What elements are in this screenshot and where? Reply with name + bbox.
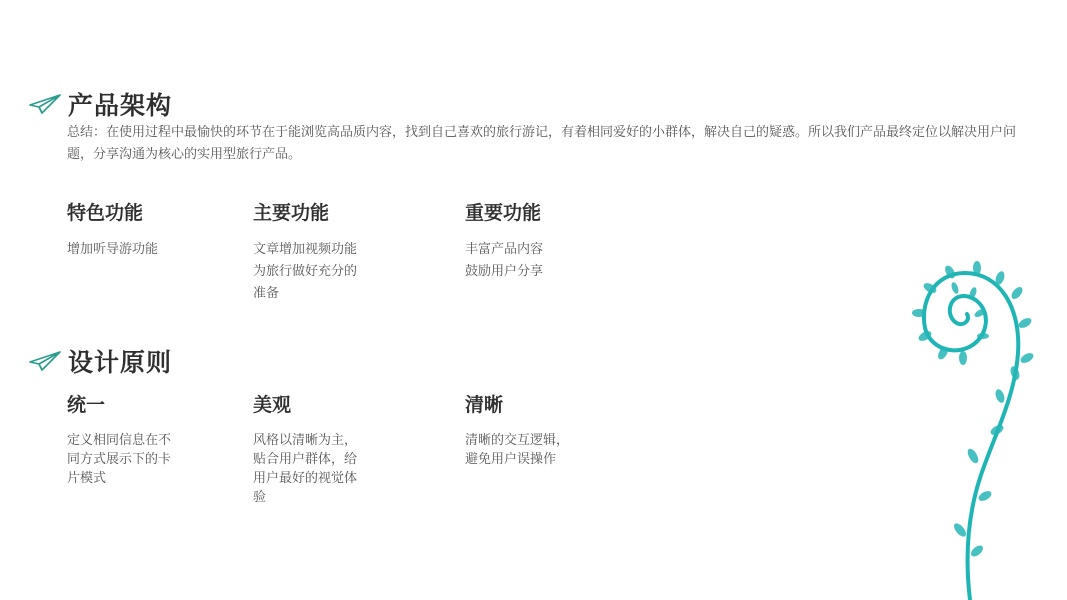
- fern-decoration-icon: [905, 258, 1045, 600]
- column-title: 主要功能: [253, 198, 357, 225]
- column-line: 为旅行做好充分的: [253, 261, 357, 283]
- column-line: 丰富产品内容: [465, 239, 543, 261]
- feature-column-main: 主要功能 文章增加视频功能 为旅行做好充分的 准备: [253, 198, 357, 305]
- architecture-heading: 产品架构: [28, 86, 172, 122]
- column-line: 避免用户误操作: [465, 450, 569, 469]
- column-line: 片模式: [67, 469, 171, 488]
- column-line: 验: [253, 488, 357, 507]
- feature-column-special: 特色功能 增加听导游功能: [67, 198, 158, 261]
- column-line: 定义相同信息在不: [67, 431, 171, 450]
- column-line: 鼓励用户分享: [465, 261, 543, 283]
- column-line: 贴合用户群体，给: [253, 450, 357, 469]
- column-line: 清晰的交互逻辑，: [465, 431, 569, 450]
- principle-column-unified: 统一 定义相同信息在不 同方式展示下的卡 片模式: [67, 390, 171, 488]
- paper-plane-icon: [28, 93, 62, 115]
- column-title: 统一: [67, 390, 171, 417]
- column-line: 增加听导游功能: [67, 239, 158, 261]
- architecture-summary: 总结：在使用过程中最愉快的环节在于能浏览高品质内容，找到自己喜欢的旅行游记，有着…: [67, 122, 1017, 166]
- column-line: 同方式展示下的卡: [67, 450, 171, 469]
- principles-heading: 设计原则: [28, 343, 172, 379]
- column-line: 准备: [253, 283, 357, 305]
- architecture-title: 产品架构: [68, 86, 172, 122]
- column-line: 风格以清晰为主，: [253, 431, 357, 450]
- column-title: 重要功能: [465, 198, 543, 225]
- principle-column-clear: 清晰 清晰的交互逻辑， 避免用户误操作: [465, 390, 569, 469]
- column-title: 清晰: [465, 390, 569, 417]
- column-title: 特色功能: [67, 198, 158, 225]
- paper-plane-icon: [28, 350, 62, 372]
- feature-column-important: 重要功能 丰富产品内容 鼓励用户分享: [465, 198, 543, 283]
- principle-column-beautiful: 美观 风格以清晰为主， 贴合用户群体，给 用户最好的视觉体 验: [253, 390, 357, 507]
- principles-title: 设计原则: [68, 343, 172, 379]
- column-line: 文章增加视频功能: [253, 239, 357, 261]
- column-line: 用户最好的视觉体: [253, 469, 357, 488]
- column-title: 美观: [253, 390, 357, 417]
